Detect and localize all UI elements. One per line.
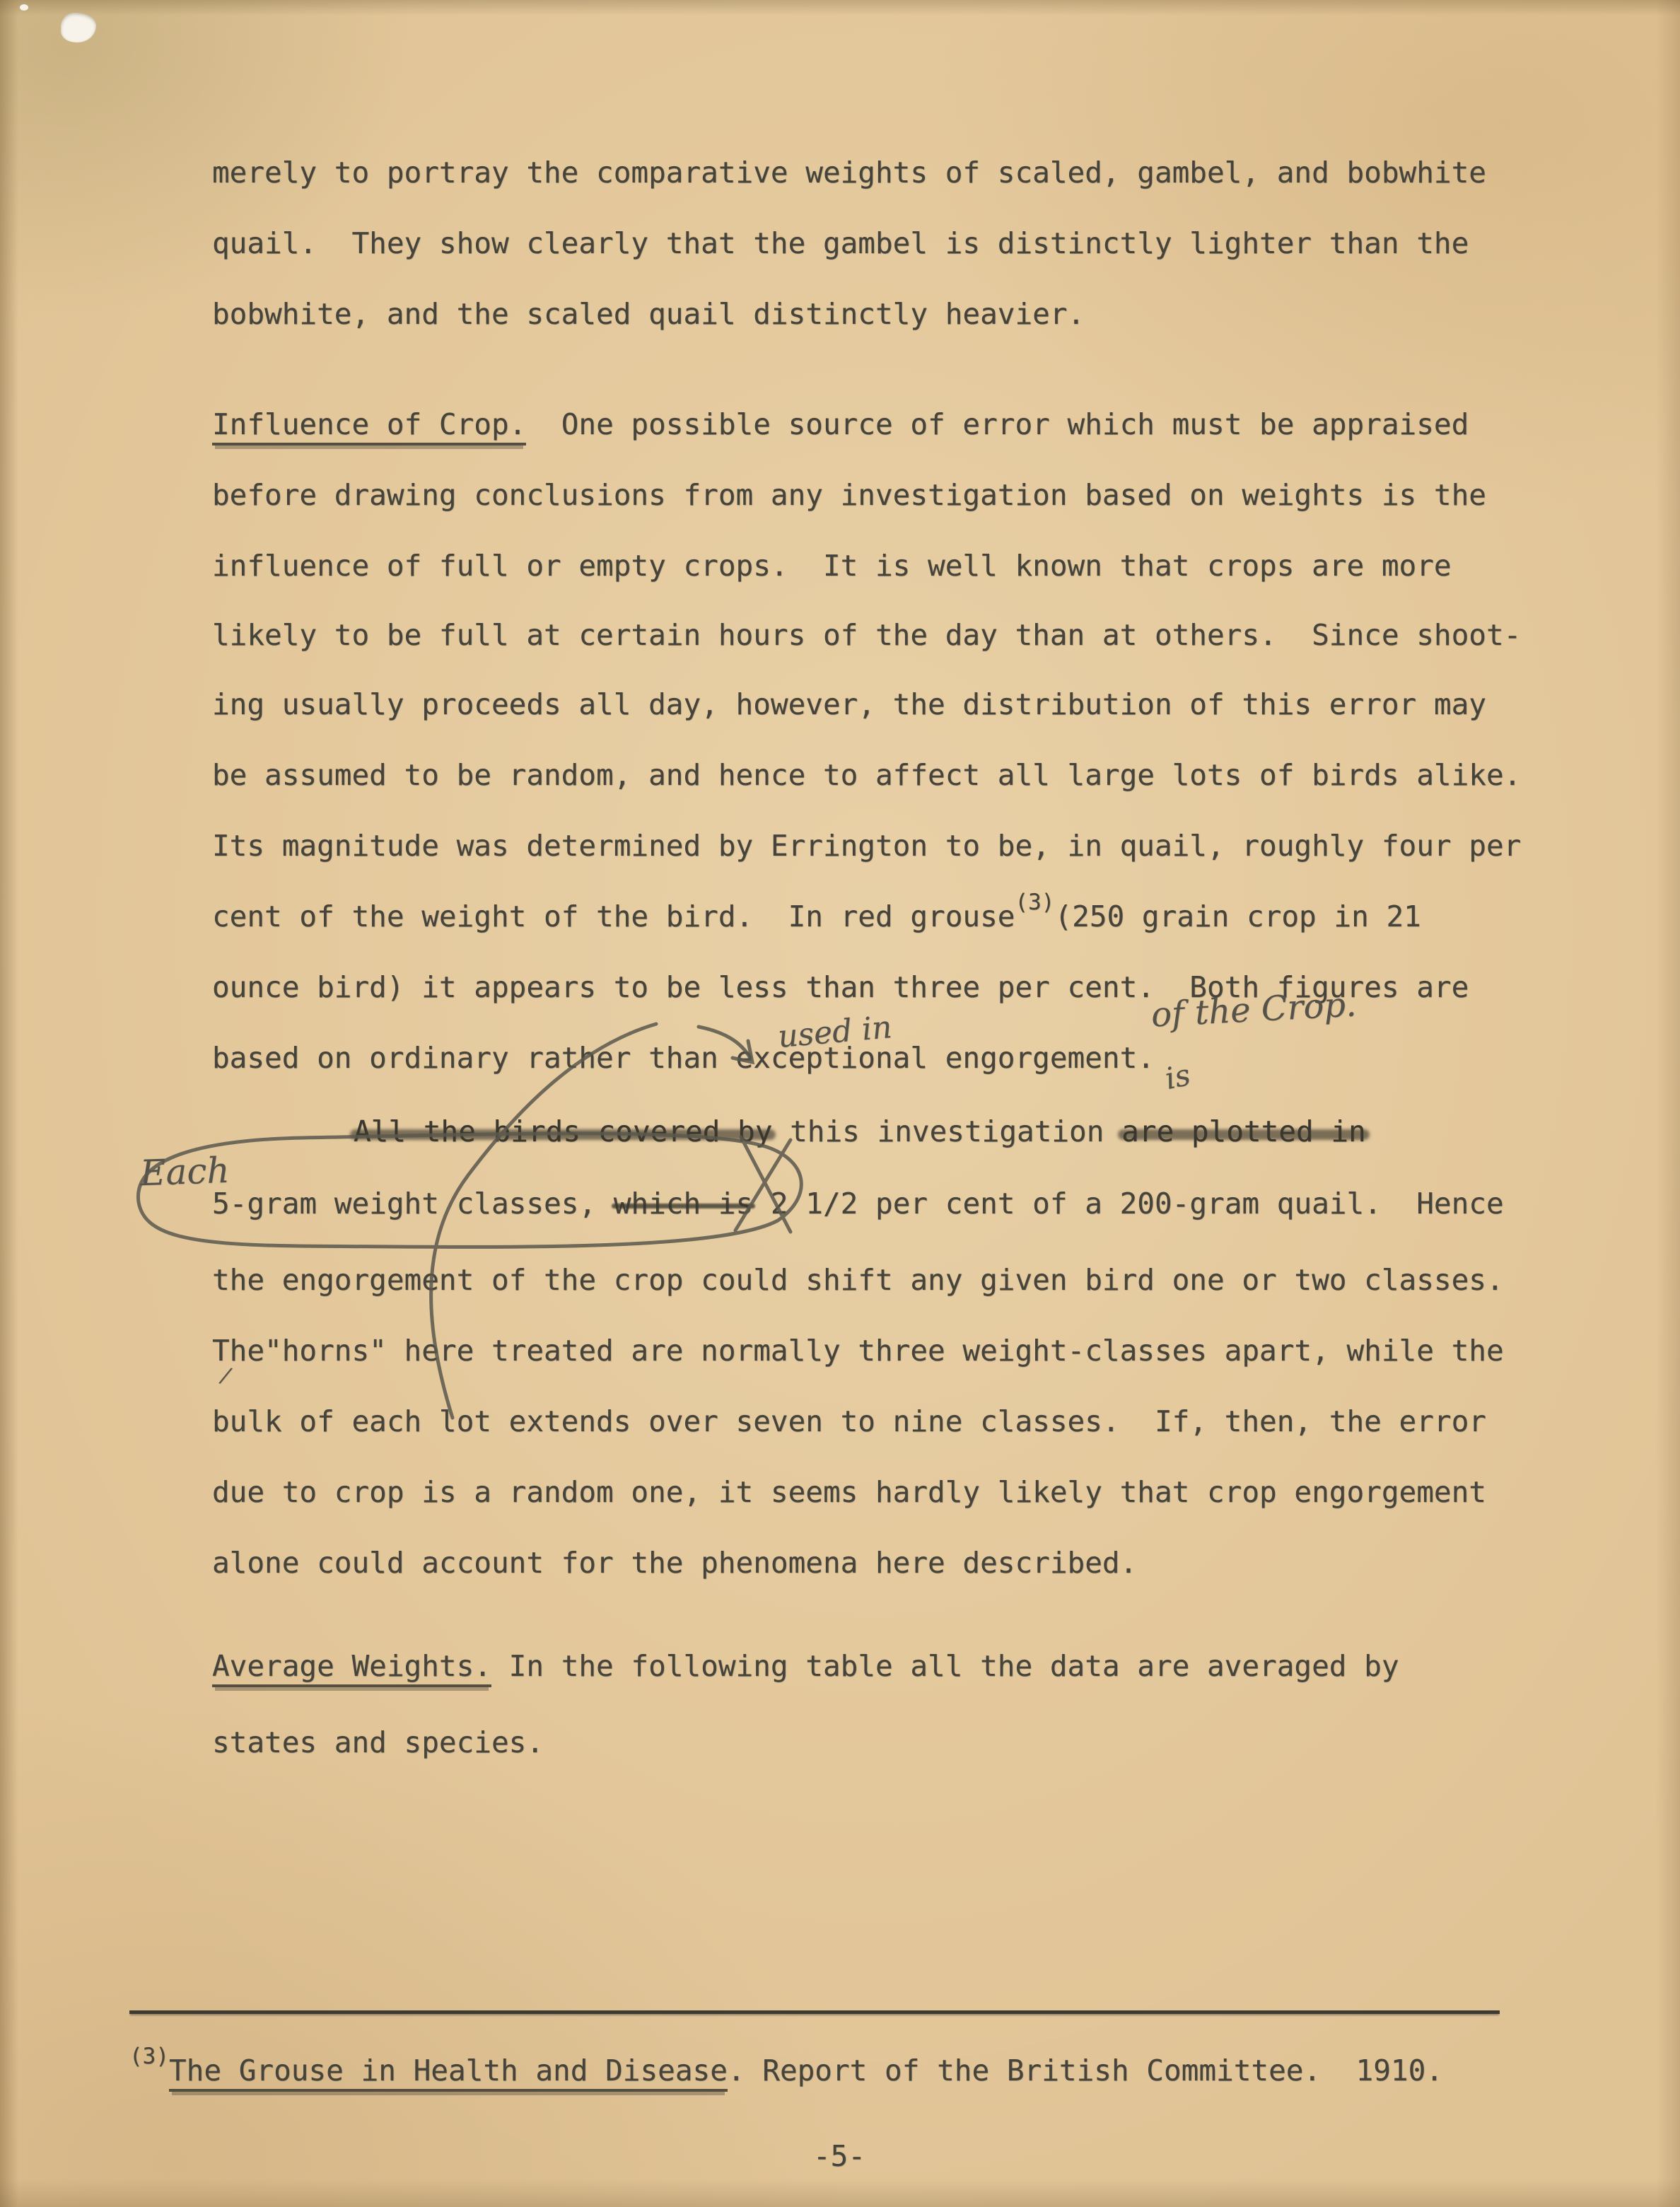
typed-line: bulk of each lot extends over seven to n… (212, 1407, 1486, 1436)
typed-line: quail. They show clearly that the gambel… (212, 229, 1469, 258)
average-weights-heading: Average Weights. (212, 1652, 491, 1687)
page-number: -5- (813, 2139, 865, 2173)
typed-line: the engorgement of the crop could shift … (212, 1266, 1504, 1295)
typed-text: quail. They show clearly that the gambel… (212, 229, 1469, 258)
typed-text: this investigation (772, 1117, 1121, 1146)
typed-line: before drawing conclusions from any inve… (212, 481, 1486, 510)
footnote-marker-3: (3) (129, 2046, 169, 2068)
footnote-rule (129, 2010, 1500, 2014)
edited-line-investigation: All the birds covered by this investigat… (354, 1117, 1366, 1146)
struck-text-all-the-birds-covered-by: All the birds covered by (354, 1117, 772, 1146)
typed-text: 5-gram weight classe (212, 1189, 561, 1218)
struck-text-are-plotted-in: are plotted in (1121, 1117, 1366, 1146)
typed-line: The"horns" here treated are normally thr… (212, 1337, 1504, 1365)
typed-line: due to crop is a random one, it seems ha… (212, 1478, 1486, 1507)
typed-text: One possible source of error which must … (526, 410, 1469, 439)
typed-line: based on ordinary rather than exceptiona… (212, 1044, 1155, 1073)
typed-line: be assumed to be random, and hence to af… (212, 761, 1521, 790)
typed-text: be assumed to be random, and hence to af… (212, 761, 1521, 790)
x-ed-out-text: s, (561, 1189, 596, 1218)
typed-text: based on ordinary rather than exceptiona… (212, 1044, 1155, 1073)
typed-line: Its magnitude was determined by Erringto… (212, 832, 1521, 861)
note-is: is (1162, 1057, 1193, 1096)
pencil-marks-overlay (0, 0, 1680, 2207)
struck-text-which-is: which is (614, 1189, 753, 1218)
typed-text: due to crop is a random one, it seems ha… (212, 1478, 1486, 1507)
typed-line: bobwhite, and the scaled quail distinctl… (212, 300, 1085, 329)
paper-damage-speck (20, 4, 28, 11)
footnote-line: (3)The Grouse in Health and Disease. Rep… (129, 2056, 1443, 2092)
typed-line: influence of full or empty crops. It is … (212, 552, 1452, 581)
typed-text: cent of the weight of the bird. In red g… (212, 902, 1015, 931)
influence-of-crop-heading: Influence of Crop. (212, 410, 526, 446)
average-weights-heading-line: Average Weights. In the following table … (212, 1652, 1399, 1687)
typed-line: alone could account for the phenomena he… (212, 1549, 1137, 1578)
typed-line: merely to portray the comparative weight… (212, 158, 1486, 187)
typed-text: states and species. (212, 1728, 544, 1757)
influence-of-crop-heading-line: Influence of Crop. One possible source o… (212, 410, 1469, 446)
typed-text: Its magnitude was determined by Erringto… (212, 832, 1521, 861)
typed-text: alone could account for the phenomena he… (212, 1549, 1137, 1578)
typed-line: states and species. (212, 1728, 544, 1757)
typed-text: In the following table all the data are … (491, 1652, 1399, 1681)
typed-line: ing usually proceeds all day, however, t… (212, 690, 1486, 719)
footnote-citation-title: The Grouse in Health and Disease (169, 2056, 728, 2092)
typed-text: . Report of the British Committee. 1910. (728, 2056, 1443, 2085)
typed-text: the engorgement of the crop could shift … (212, 1266, 1504, 1295)
typed-text: 2 1/2 per cent of a 200-gram quail. Henc… (753, 1189, 1503, 1218)
manuscript-page: merely to portray the comparative weight… (0, 0, 1680, 2207)
edited-line-weight-classes: 5-gram weight classes, which is 2 1/2 pe… (212, 1189, 1504, 1218)
typed-text: (250 grain crop in 21 (1054, 902, 1421, 931)
typed-text: ing usually proceeds all day, however, t… (212, 690, 1486, 719)
typed-line: likely to be full at certain hours of th… (212, 621, 1521, 650)
typed-text: bobwhite, and the scaled quail distinctl… (212, 300, 1085, 329)
typed-text: likely to be full at certain hours of th… (212, 621, 1521, 650)
typed-text: merely to portray the comparative weight… (212, 158, 1486, 187)
paper-damage-chip (61, 13, 96, 42)
typed-text: influence of full or empty crops. It is … (212, 552, 1452, 581)
typed-text: before drawing conclusions from any inve… (212, 481, 1486, 510)
red-grouse-footnote-reference-line: cent of the weight of the bird. In red g… (212, 902, 1421, 931)
footnote-reference-3: (3) (1015, 892, 1054, 914)
typed-text: The"horns" here treated are normally thr… (212, 1337, 1504, 1365)
typed-text: bulk of each lot extends over seven to n… (212, 1407, 1486, 1436)
typed-text (596, 1189, 614, 1218)
note-each: Each (139, 1150, 230, 1194)
